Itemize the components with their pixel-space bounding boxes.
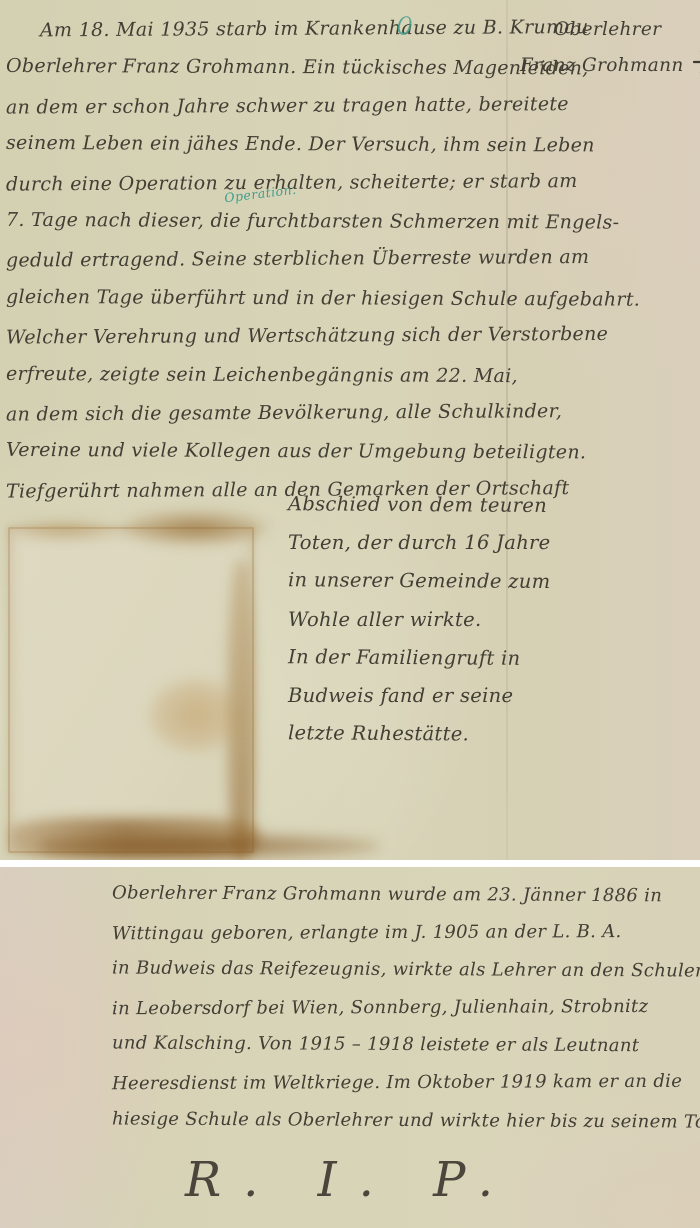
obituary-line: seinem Leben ein jähes Ende. Der Versuch… — [6, 124, 514, 165]
stain — [148, 678, 243, 753]
obituary-line: gleichen Tage überführt und in der hiesi… — [6, 278, 514, 319]
scan-divider — [0, 860, 700, 867]
obituary-line: Am 18. Mai 1935 starb im Krankenhause zu… — [6, 8, 514, 49]
biography-paragraph: Oberlehrer Franz Grohmann wurde am 23. J… — [112, 876, 698, 1139]
margin-note: Oberlehrer Franz Grohmann — [520, 12, 700, 84]
margin-note-name: Franz Grohmann — [520, 55, 684, 76]
obituary-line: Abschied von dem teuren — [288, 485, 518, 525]
obituary-line: letzte Ruhestätte. — [288, 714, 518, 754]
obituary-line: an dem er schon Jahre schwer zu tragen h… — [6, 85, 514, 126]
obituary-line: erfreute, zeigte sein Leichenbegängnis a… — [6, 354, 514, 395]
biography-line: Wittingau geboren, erlangte im J. 1905 a… — [112, 912, 698, 952]
margin-note-line: Oberlehrer — [520, 12, 700, 48]
obituary-paragraph: Am 18. Mai 1935 starb im Krankenhause zu… — [6, 10, 514, 509]
biography-line: und Kalsching. Von 1915 – 1918 leistete … — [112, 1025, 698, 1066]
obituary-line: an dem sich die gesamte Bevölkerung, all… — [6, 392, 514, 433]
upper-scan-strip: Am 18. Mai 1935 starb im Krankenhause zu… — [0, 0, 700, 860]
obituary-line: Wohle aller wirkte. — [288, 601, 518, 639]
right-column: Abschied von dem teuren Toten, der durch… — [288, 486, 518, 753]
obituary-line: Welcher Verehrung und Wertschätzung sich… — [6, 316, 514, 357]
obituary-line: Budweis fand er seine — [288, 677, 518, 715]
biography-line: in Budweis das Reifezeugnis, wirkte als … — [112, 950, 698, 991]
margin-note-line: Franz Grohmann — [520, 48, 700, 84]
obituary-line: 7. Tage nach dieser, die furchtbarsten S… — [6, 201, 514, 242]
biography-line: in Leobersdorf bei Wien, Sonnberg, Julie… — [112, 988, 698, 1028]
obituary-line: Oberlehrer Franz Grohmann. Ein tückische… — [6, 47, 514, 88]
grave-cross-icon — [692, 49, 700, 88]
obituary-line: Toten, der durch 16 Jahre — [288, 524, 518, 562]
stain — [120, 510, 270, 546]
obituary-line: In der Familiengruft in — [288, 638, 518, 678]
obituary-line: Vereine und viele Kollegen aus der Umgeb… — [6, 431, 514, 472]
obituary-line: in unserer Gemeinde zum — [288, 562, 518, 602]
stain — [40, 833, 380, 859]
biography-line: Oberlehrer Franz Grohmann wurde am 23. J… — [112, 874, 698, 915]
biography-line: Heeresdienst im Weltkriege. Im Oktober 1… — [112, 1063, 698, 1103]
stain — [4, 518, 124, 542]
scanned-chronicle-page: Am 18. Mai 1935 starb im Krankenhause zu… — [0, 0, 700, 1228]
rip-inscription: R. I. P. — [0, 1145, 700, 1215]
biography-line: hiesige Schule als Oberlehrer und wirkte… — [112, 1100, 698, 1141]
obituary-line: geduld ertragend. Seine sterblichen Über… — [6, 239, 514, 280]
